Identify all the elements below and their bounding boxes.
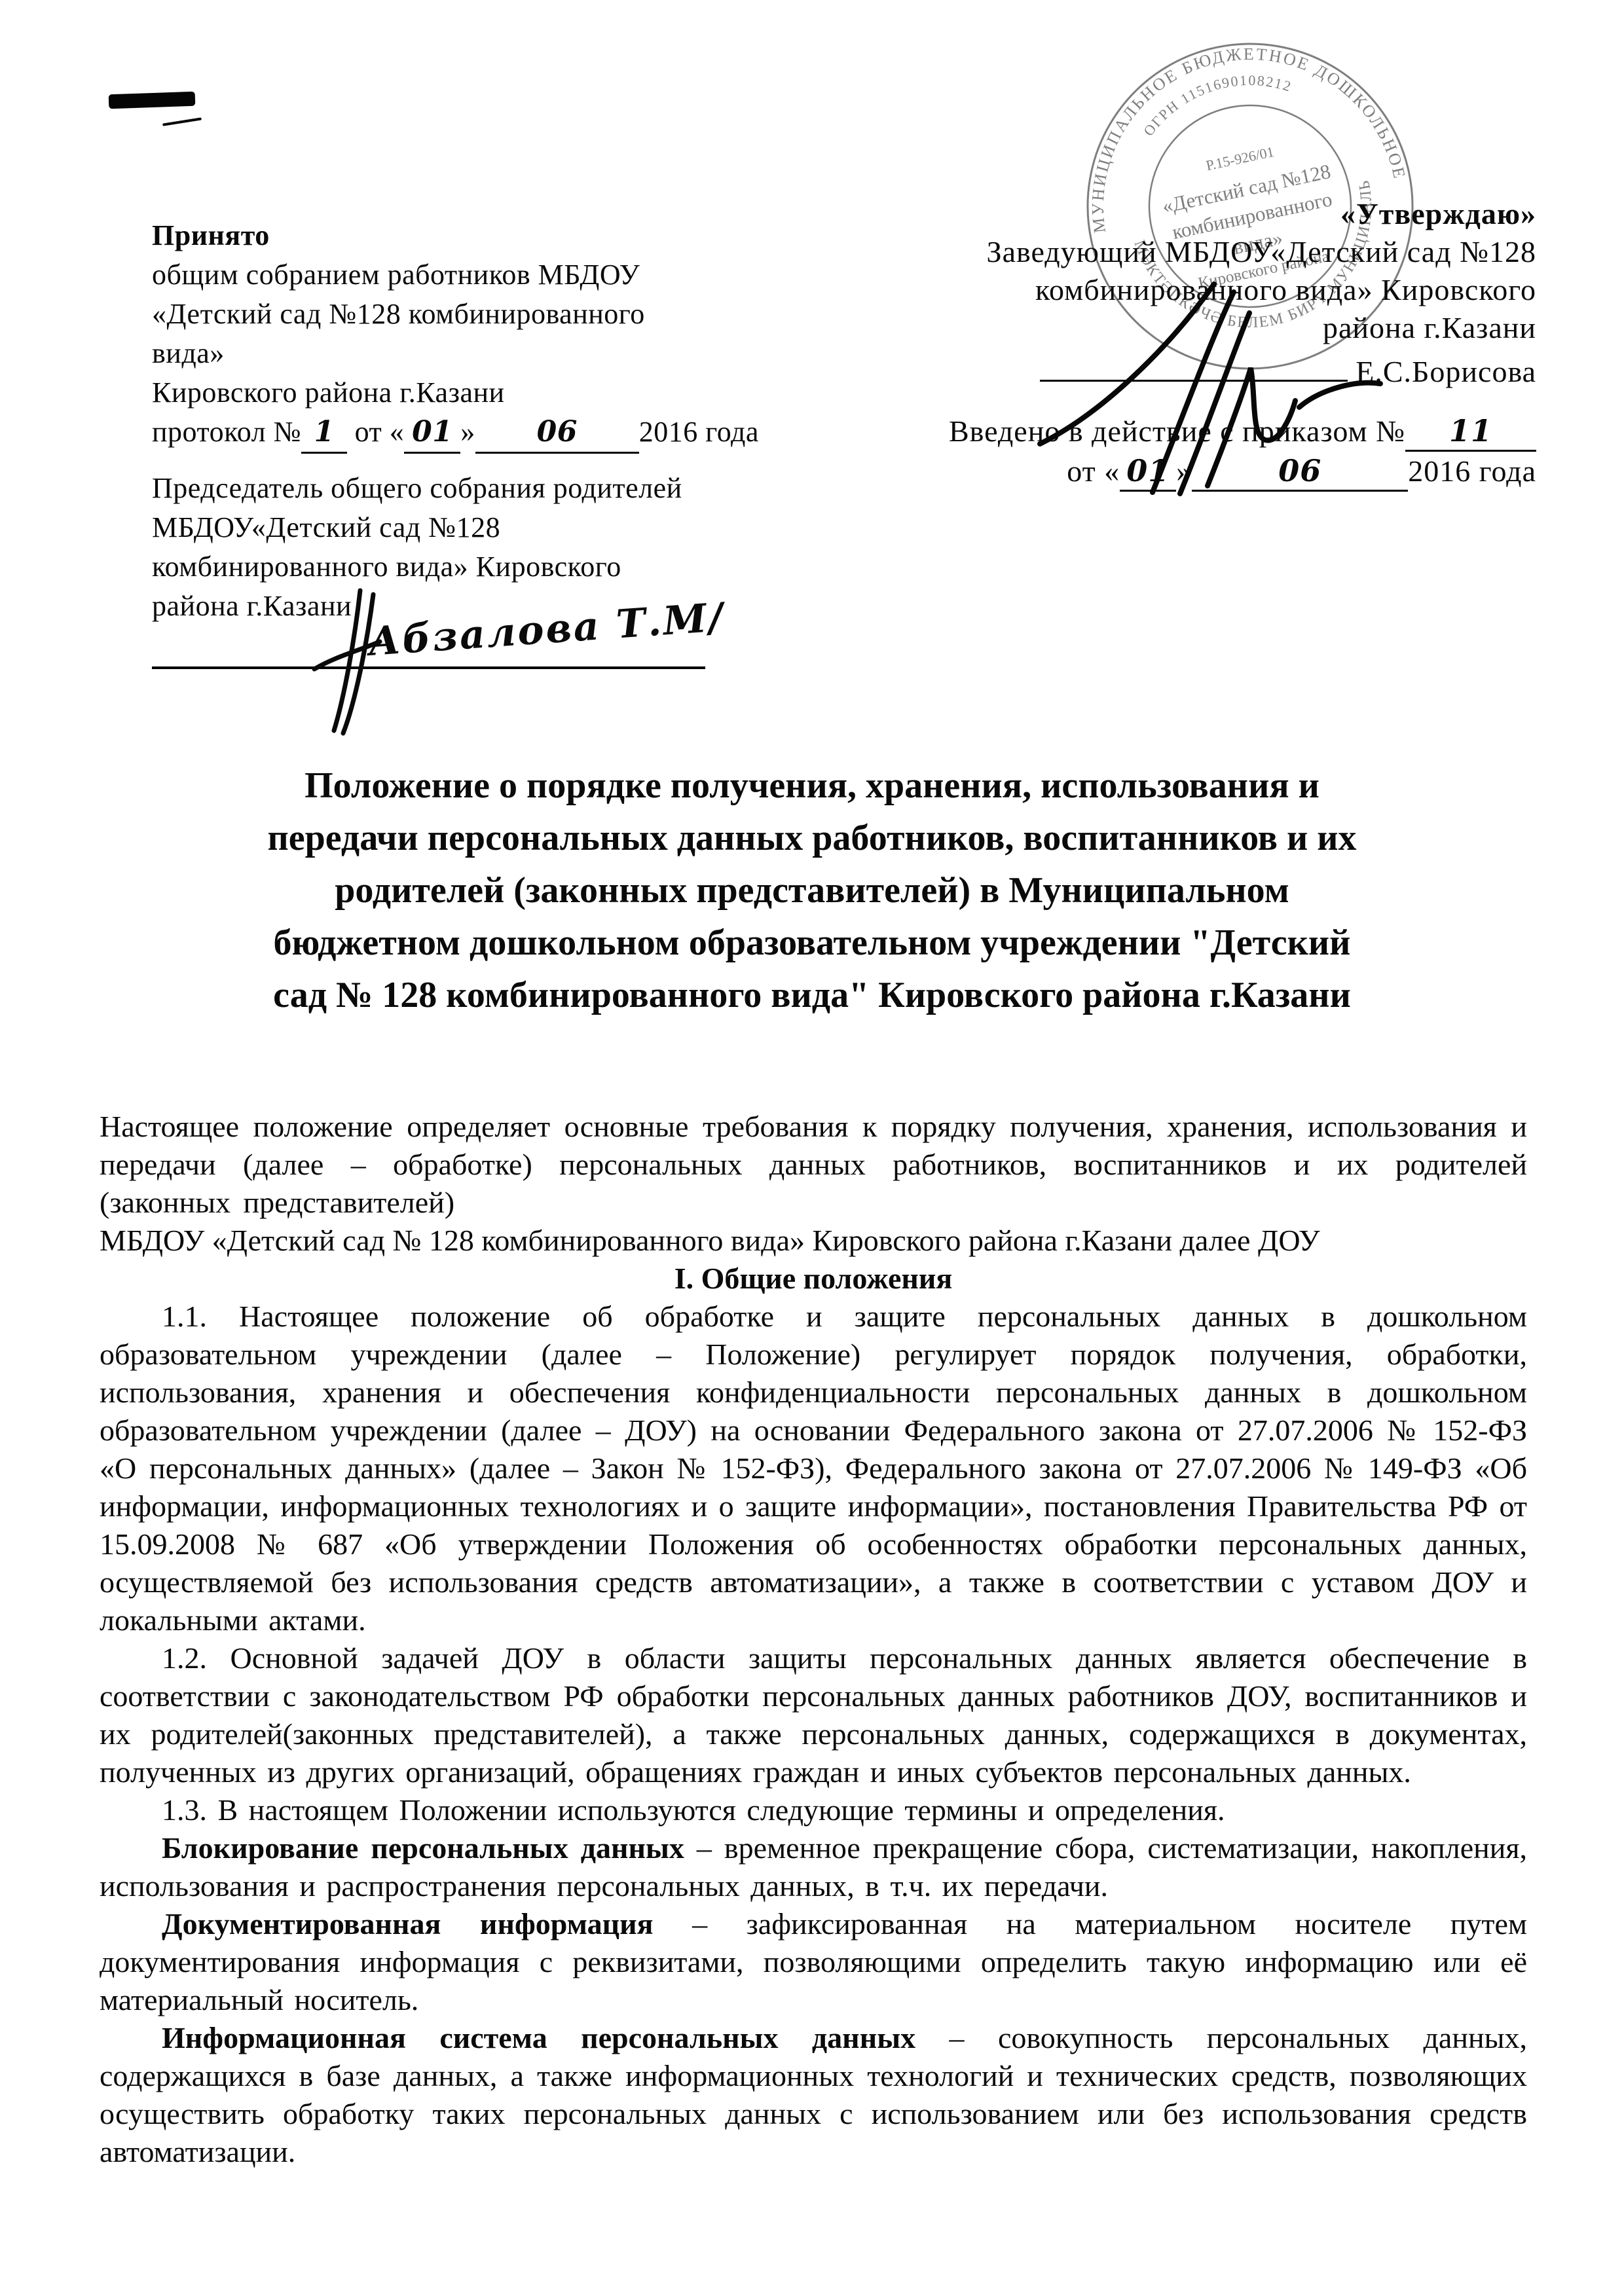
ink-mark-tick [162, 117, 202, 126]
term-paragraph: Блокирование персональных данных – време… [100, 1829, 1527, 1905]
protocol-number-handwritten: 1 [301, 412, 347, 454]
paragraph-1-2: 1.2. Основной задачей ДОУ в области защи… [100, 1639, 1527, 1791]
accepted-block: Принято общим собранием работников МБДОУ… [152, 216, 820, 454]
document-page: МУНИЦИПАЛЬНОЕ БЮДЖЕТНОЕ ДОШКОЛЬНОЕ ОБРАЗ… [0, 0, 1624, 2296]
approval-label: «Утверждаю» [733, 195, 1536, 233]
ink-mark [109, 92, 196, 109]
paragraph-1-3: 1.3. В настоящем Положении используются … [100, 1791, 1527, 1829]
intro-org-line: МБДОУ «Детский сад № 128 комбинированног… [100, 1222, 1527, 1260]
term-paragraph: Документированная информация – зафиксиро… [100, 1905, 1527, 2019]
term-name: Документированная информация [162, 1907, 654, 1941]
chairman-line: комбинированного вида» Кировского [152, 547, 846, 587]
intro-paragraph: Настоящее положение определяет основные … [100, 1108, 1527, 1222]
director-signature-scribble [1014, 275, 1407, 498]
title-line: родителей (законных представителей) в Му… [98, 864, 1526, 917]
protocol-day-handwritten: 01 [404, 412, 460, 454]
order-number-handwritten: 11 [1405, 412, 1536, 452]
protocol-line: протокол №1 от «01»062016 года [152, 412, 820, 454]
protocol-prefix: протокол № [152, 416, 301, 448]
accepted-line: Кировского района г.Казани [152, 373, 820, 412]
term-name: Блокирование персональных данных [162, 1831, 684, 1865]
accepted-line: вида» [152, 334, 820, 373]
approval-line: Заведующий МБДОУ«Детский сад №128 [733, 233, 1536, 271]
chairman-block: Председатель общего собрания родителей М… [152, 469, 846, 669]
protocol-month-handwritten: 06 [475, 412, 639, 454]
accepted-label: Принято [152, 216, 820, 255]
accepted-line: общим собранием работников МБДОУ [152, 255, 820, 295]
order-year: 2016 года [1408, 454, 1536, 488]
accepted-line: «Детский сад №128 комбинированного [152, 295, 820, 334]
stamp-code: Р.15-926/01 [1204, 143, 1275, 173]
document-title: Положение о порядке получения, хранения,… [98, 759, 1526, 1021]
term-name: Информационная система персональных данн… [162, 2021, 915, 2054]
title-line: бюджетном дошкольном образовательном учр… [98, 917, 1526, 969]
title-line: сад № 128 комбинированного вида" Кировск… [98, 969, 1526, 1021]
section-heading: I. Общие положения [100, 1260, 1527, 1298]
chairman-line: МБДОУ«Детский сад №128 [152, 508, 846, 547]
protocol-from: от « [355, 416, 405, 448]
title-line: Положение о порядке получения, хранения,… [98, 759, 1526, 812]
quote-close: » [460, 416, 475, 448]
paragraph-1-1: 1.1. Настоящее положение об обработке и … [100, 1298, 1527, 1639]
chairman-signature-line: Абзалова Т.М/ [152, 629, 705, 669]
title-line: передачи персональных данных работников,… [98, 812, 1526, 864]
document-body: Настоящее положение определяет основные … [100, 1108, 1527, 2171]
term-paragraph: Информационная система персональных данн… [100, 2019, 1527, 2171]
